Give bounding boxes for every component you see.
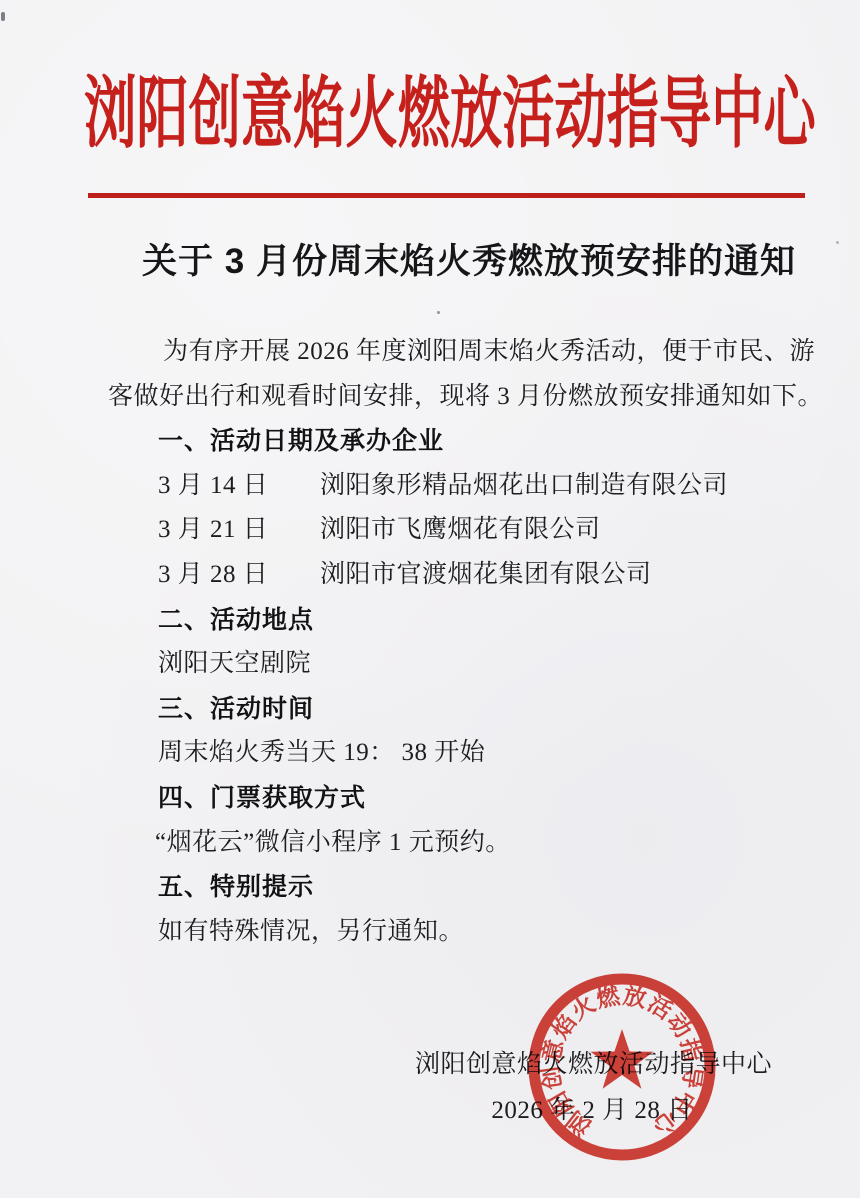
document-title: 关于 3 月份周末焰火秀燃放预安排的通知 <box>108 236 830 288</box>
section3-content: 周末焰火秀当天 19： 38 开始 <box>108 731 834 776</box>
letterhead-org-title: 浏阳创意焰火燃放活动指导中心 <box>84 66 816 162</box>
section2-heading: 二、活动地点 <box>108 598 834 643</box>
scan-speck <box>1 12 5 21</box>
schedule-company: 浏阳市飞鹰烟花有限公司 <box>320 508 834 553</box>
scan-speck <box>437 311 440 314</box>
section3-heading: 三、活动时间 <box>108 687 834 732</box>
schedule-row: 3 月 28 日 浏阳市官渡烟花集团有限公司 <box>108 553 834 598</box>
document-body: 为有序开展 2026 年度浏阳周末焰火秀活动，便于市民、游 客做好出行和观看时间… <box>108 330 834 954</box>
schedule-company: 浏阳象形精品烟花出口制造有限公司 <box>320 464 834 509</box>
letterhead-divider-rule <box>88 193 805 198</box>
schedule-company: 浏阳市官渡烟花集团有限公司 <box>320 553 834 598</box>
scan-speck <box>836 241 839 244</box>
intro-paragraph-line2: 客做好出行和观看时间安排，现将 3 月份燃放预安排通知如下。 <box>108 375 834 420</box>
section4-content: “烟花云”微信小程序 1 元预约。 <box>108 821 834 866</box>
schedule-date: 3 月 28 日 <box>158 553 320 598</box>
section4-heading: 四、门票获取方式 <box>108 776 834 821</box>
schedule-date: 3 月 14 日 <box>158 464 320 509</box>
section2-content: 浏阳天空剧院 <box>108 642 834 687</box>
intro-paragraph-line1: 为有序开展 2026 年度浏阳周末焰火秀活动，便于市民、游 <box>108 330 834 375</box>
notice-document-page: 浏阳创意焰火燃放活动指导中心 关于 3 月份周末焰火秀燃放预安排的通知 为有序开… <box>0 0 860 1198</box>
schedule-row: 3 月 14 日 浏阳象形精品烟花出口制造有限公司 <box>108 464 834 509</box>
section1-heading: 一、活动日期及承办企业 <box>108 419 834 464</box>
section5-heading: 五、特别提示 <box>108 865 834 910</box>
schedule-date: 3 月 21 日 <box>158 508 320 553</box>
section5-content: 如有特殊情况，另行通知。 <box>108 910 834 955</box>
seal-star-icon <box>591 1029 654 1089</box>
official-round-seal: 浏阳创意焰火燃放活动指导中心 <box>527 972 717 1162</box>
schedule-row: 3 月 21 日 浏阳市飞鹰烟花有限公司 <box>108 508 834 553</box>
